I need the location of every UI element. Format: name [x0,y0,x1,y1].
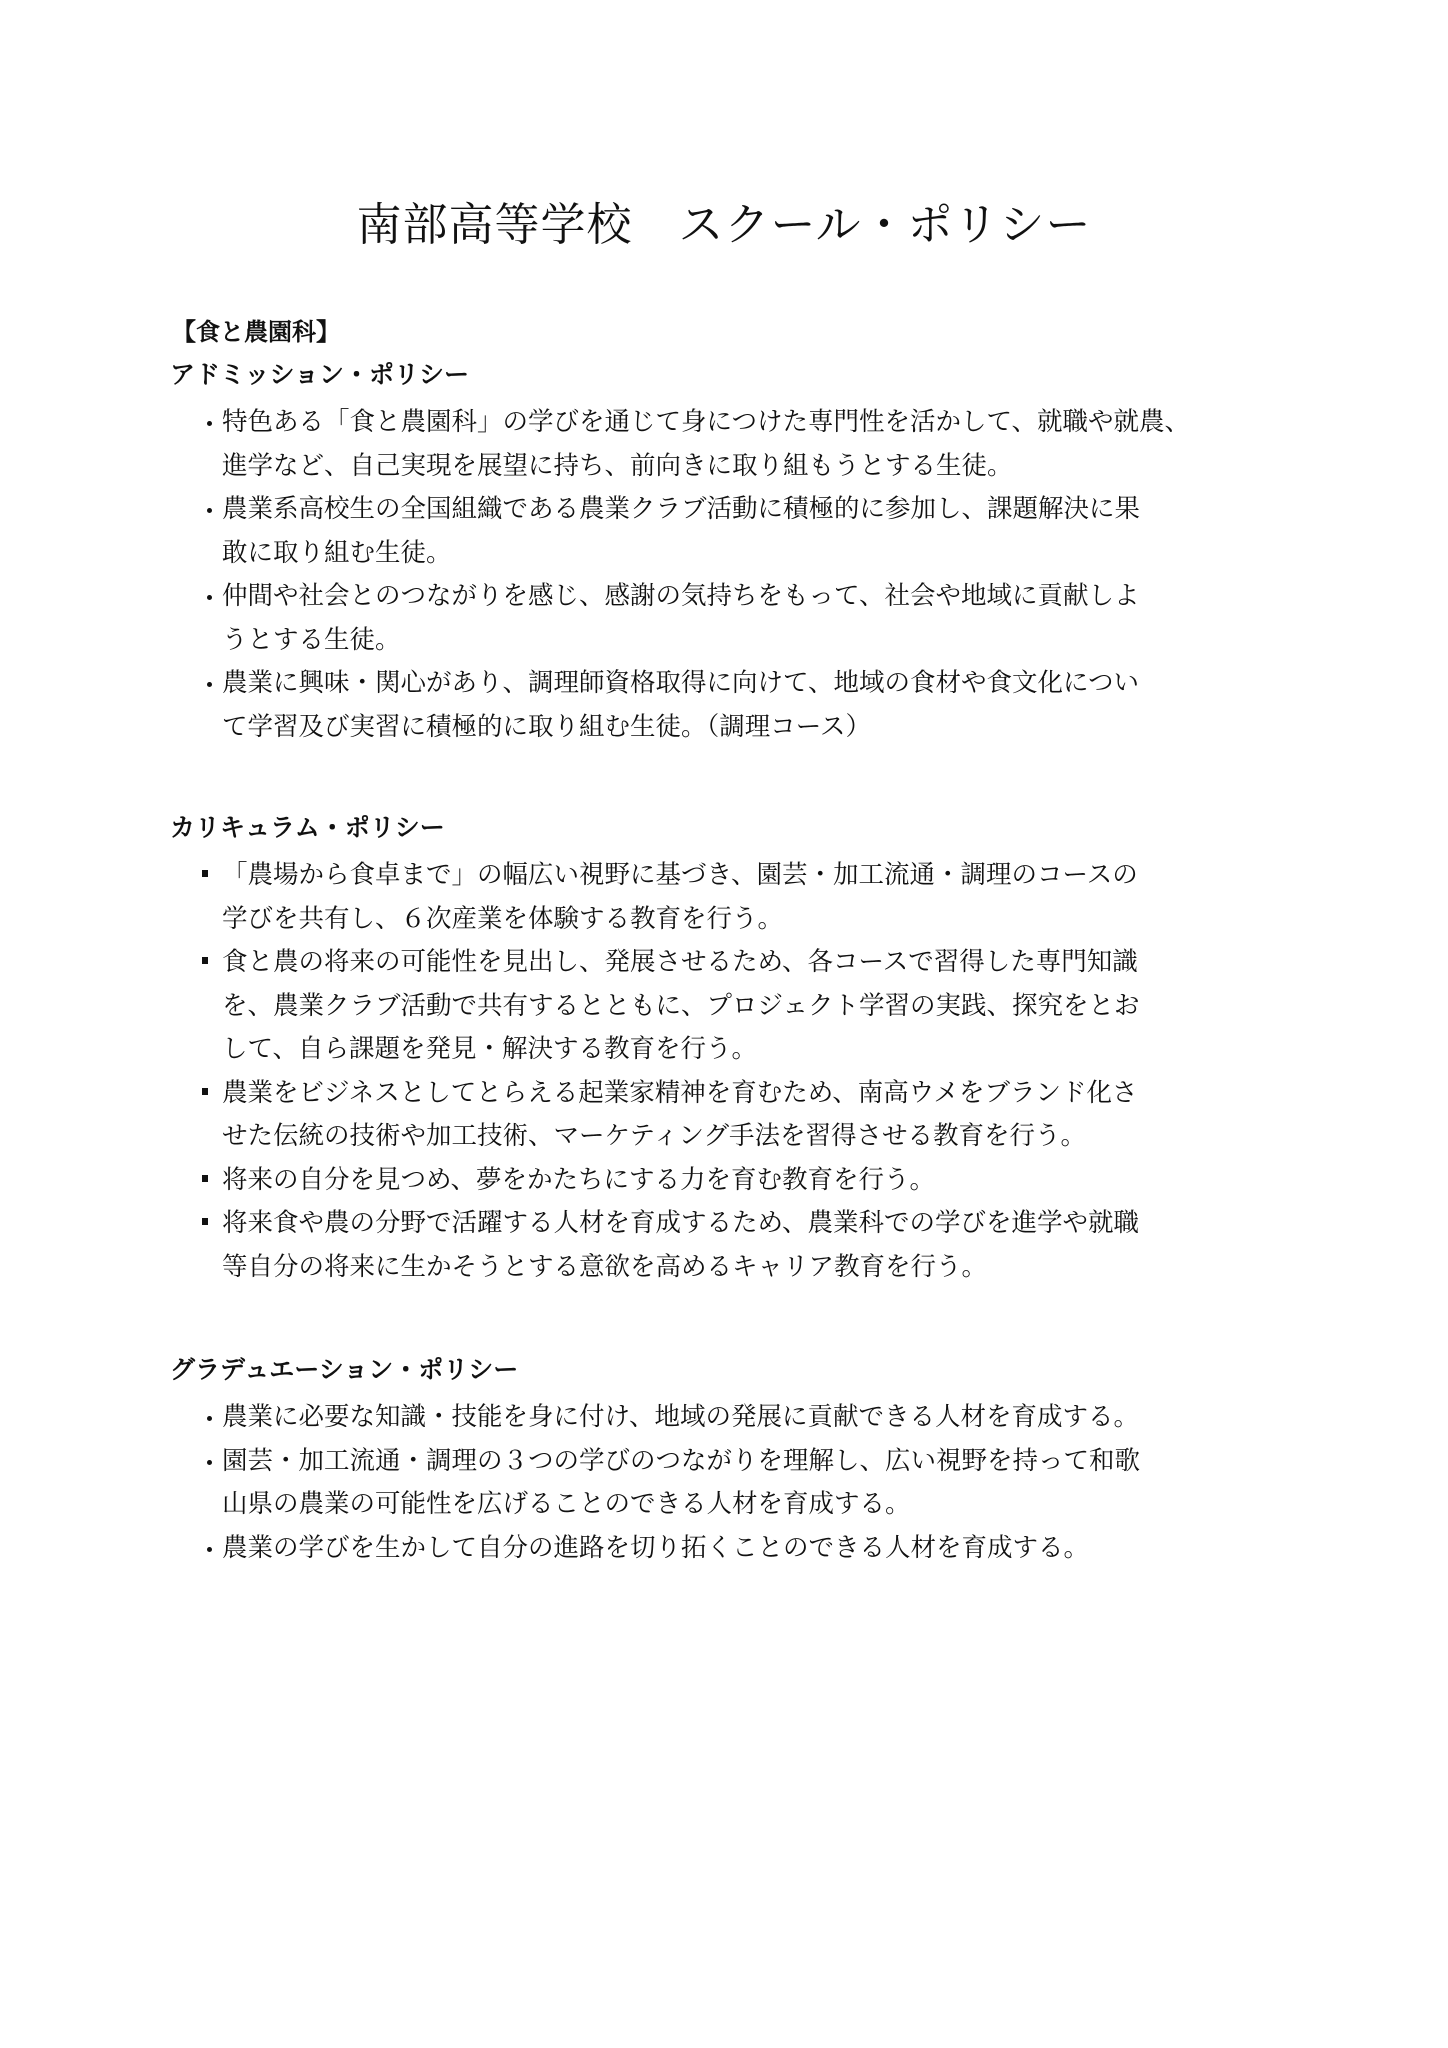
list-item-line: 進学など、自己実現を展望に持ち、前向きに取り組もうとする生徒。 [172,445,1322,489]
list-item: 農業に必要な知識・技能を身に付け、地域の発展に貢献できる人材を育成する。 [172,1396,1322,1440]
list-item: 農業系高校生の全国組織である農業クラブ活動に積極的に参加し、課題解決に果 敢に取… [172,488,1322,575]
bullet-square-icon [202,1175,208,1182]
list-item: 仲間や社会とのつながりを感じ、感謝の気持ちをもって、社会や地域に貢献しよ うとす… [172,575,1322,662]
section-heading-graduation: グラデュエーション・ポリシー [170,1350,1322,1390]
graduation-policy-section: グラデュエーション・ポリシー 農業に必要な知識・技能を身に付け、地域の発展に貢献… [172,1350,1322,1570]
list-item: 「農場から食卓まで」の幅広い視野に基づき、園芸・加工流通・調理のコースの 学びを… [172,854,1322,941]
list-item-line: を、農業クラブ活動で共有するとともに、プロジェクト学習の実践、探究をとお [172,985,1322,1029]
list-item-line: うとする生徒。 [172,619,1322,663]
list-item-line: 農業系高校生の全国組織である農業クラブ活動に積極的に参加し、課題解決に果 [172,488,1322,532]
curriculum-policy-section: カリキュラム・ポリシー 「農場から食卓まで」の幅広い視野に基づき、園芸・加工流通… [172,808,1322,1289]
list-item-line: 農業に興味・関心があり、調理師資格取得に向けて、地域の食材や食文化につい [172,662,1322,706]
bullet-square-icon [202,1088,208,1095]
bullet-square-icon [202,1218,208,1225]
list-item-line: せた伝統の技術や加工技術、マーケティング手法を習得させる教育を行う。 [172,1115,1322,1159]
list-item-line: 将来食や農の分野で活躍する人材を育成するため、農業科での学びを進学や就職 [172,1202,1322,1246]
list-item: 将来の自分を見つめ、夢をかたちにする力を育む教育を行う。 [172,1159,1322,1203]
list-item-line: 食と農の将来の可能性を見出し、発展させるため、各コースで習得した専門知識 [172,941,1322,985]
page-title: 南部高等学校 スクール・ポリシー [0,188,1448,253]
bullet-square-icon [202,957,208,964]
list-item-line: 園芸・加工流通・調理の３つの学びのつながりを理解し、広い視野を持って和歌 [172,1440,1322,1484]
department-heading: 【食と農園科】 [172,312,340,347]
list-item-line: して、自ら課題を発見・解決する教育を行う。 [172,1028,1322,1072]
list-item: 食と農の将来の可能性を見出し、発展させるため、各コースで習得した専門知識 を、農… [172,941,1322,1072]
list-item-line: 山県の農業の可能性を広げることのできる人材を育成する。 [172,1483,1322,1527]
list-item-line: 農業の学びを生かして自分の進路を切り拓くことのできる人材を育成する。 [172,1527,1322,1571]
list-item: 特色ある「食と農園科」の学びを通じて身につけた専門性を活かして、就職や就農、 進… [172,401,1322,488]
list-item: 農業の学びを生かして自分の進路を切り拓くことのできる人材を育成する。 [172,1527,1322,1571]
list-item-line: 仲間や社会とのつながりを感じ、感謝の気持ちをもって、社会や地域に貢献しよ [172,575,1322,619]
list-item-line: 等自分の将来に生かそうとする意欲を高めるキャリア教育を行う。 [172,1246,1322,1290]
list-item-line: 学びを共有し、６次産業を体験する教育を行う。 [172,898,1322,942]
list-item-line: て学習及び実習に積極的に取り組む生徒。（調理コース） [172,706,1322,750]
list-item: 農業をビジネスとしてとらえる起業家精神を育むため、南高ウメをブランド化さ せた伝… [172,1072,1322,1159]
list-item-line: 特色ある「食と農園科」の学びを通じて身につけた専門性を活かして、就職や就農、 [172,401,1322,445]
section-heading-admission: アドミッション・ポリシー [170,355,1322,395]
list-item-line: 農業をビジネスとしてとらえる起業家精神を育むため、南高ウメをブランド化さ [172,1072,1322,1116]
list-item: 将来食や農の分野で活躍する人材を育成するため、農業科での学びを進学や就職 等自分… [172,1202,1322,1289]
list-item: 園芸・加工流通・調理の３つの学びのつながりを理解し、広い視野を持って和歌 山県の… [172,1440,1322,1527]
list-item-line: 農業に必要な知識・技能を身に付け、地域の発展に貢献できる人材を育成する。 [172,1396,1322,1440]
document-page: 南部高等学校 スクール・ポリシー 【食と農園科】 アドミッション・ポリシー 特色… [0,0,1448,2048]
admission-policy-section: アドミッション・ポリシー 特色ある「食と農園科」の学びを通じて身につけた専門性を… [172,355,1322,749]
list-item-line: 敢に取り組む生徒。 [172,532,1322,576]
bullet-square-icon [202,870,208,877]
list-item-line: 将来の自分を見つめ、夢をかたちにする力を育む教育を行う。 [172,1159,1322,1203]
list-item-line: 「農場から食卓まで」の幅広い視野に基づき、園芸・加工流通・調理のコースの [172,854,1322,898]
section-heading-curriculum: カリキュラム・ポリシー [170,808,1322,848]
list-item: 農業に興味・関心があり、調理師資格取得に向けて、地域の食材や食文化につい て学習… [172,662,1322,749]
